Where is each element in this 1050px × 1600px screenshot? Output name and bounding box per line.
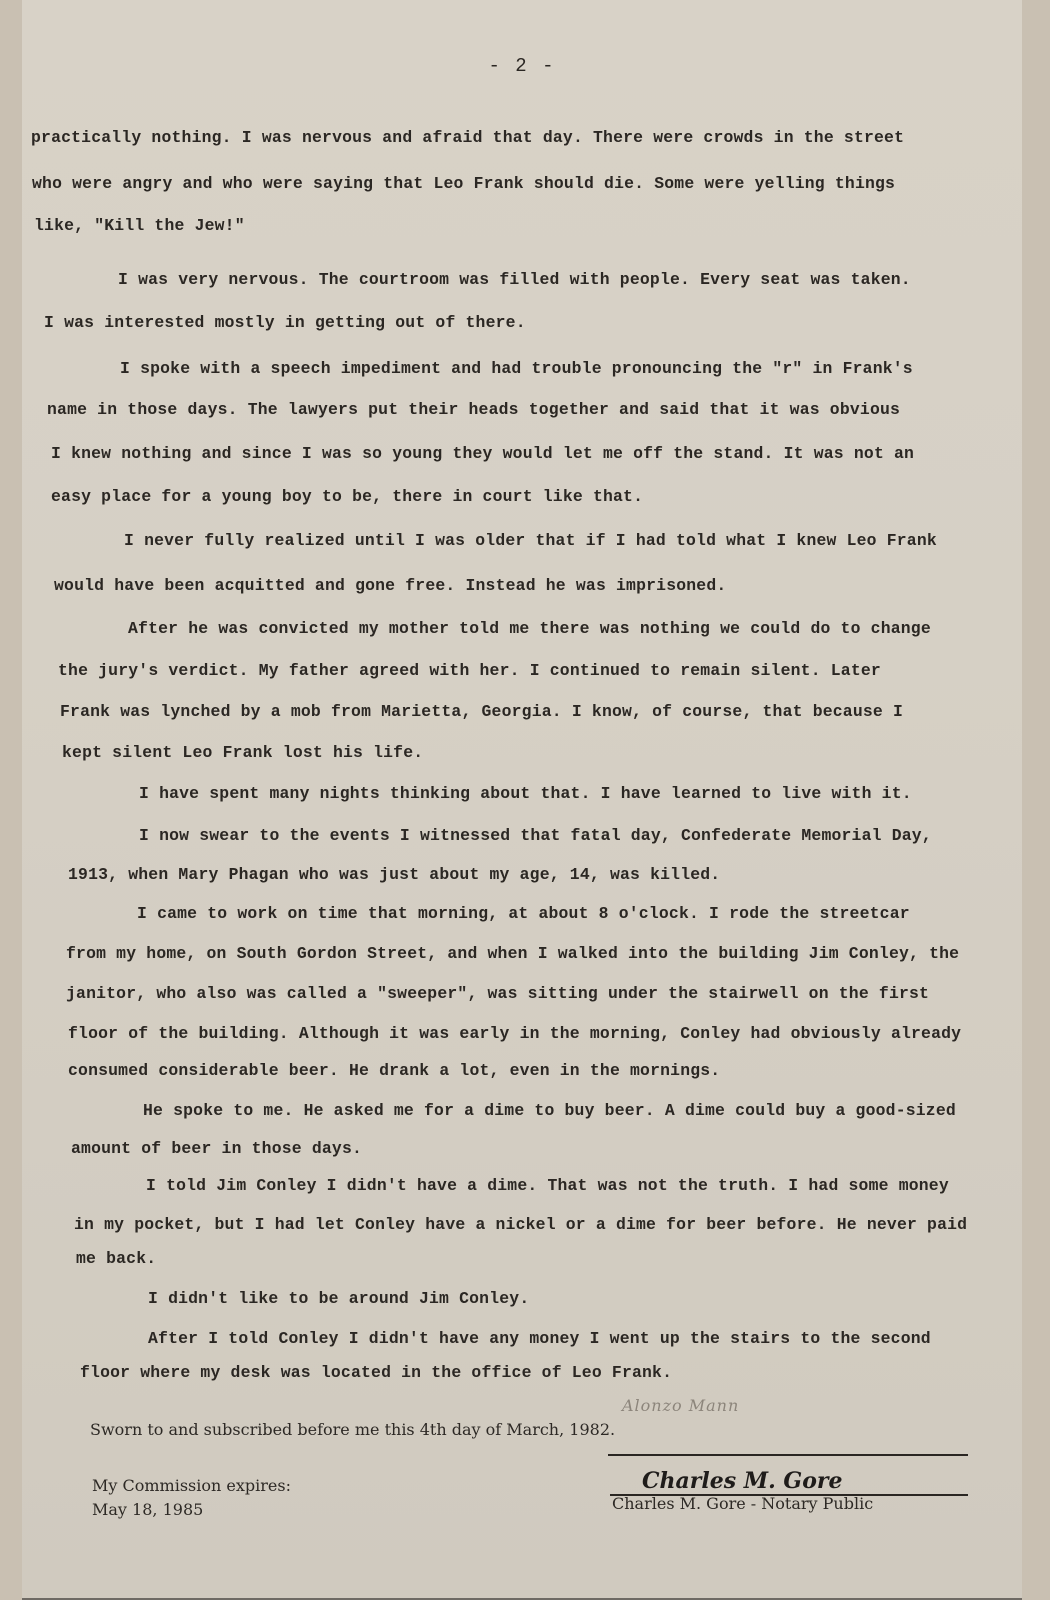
text-line: kept silent Leo Frank lost his life. [62,743,423,762]
text-line: I spoke with a speech impediment and had… [120,359,913,378]
text-line: I didn't like to be around Jim Conley. [148,1289,529,1308]
text-line: I never fully realized until I was older… [124,531,937,550]
text-line: Frank was lynched by a mob from Marietta… [60,702,903,721]
sworn-statement: Sworn to and subscribed before me this 4… [90,1420,615,1439]
text-line: name in those days. The lawyers put thei… [47,400,900,419]
text-line: amount of beer in those days. [71,1139,362,1158]
text-line: floor of the building. Although it was e… [68,1024,961,1043]
text-line: I told Jim Conley I didn't have a dime. … [146,1176,949,1195]
text-line: I knew nothing and since I was so young … [51,444,914,463]
text-line: I now swear to the events I witnessed th… [139,826,932,845]
affiant-signature-line [608,1454,968,1456]
text-line: 1913, when Mary Phagan who was just abou… [68,865,720,884]
text-line: I was interested mostly in getting out o… [44,313,526,332]
text-line: I was very nervous. The courtroom was fi… [118,270,911,289]
text-line: practically nothing. I was nervous and a… [31,128,904,147]
text-line: floor where my desk was located in the o… [80,1363,672,1382]
commission-label: My Commission expires: [92,1476,291,1495]
text-line: easy place for a young boy to be, there … [51,487,643,506]
affiant-signature: Alonzo Mann [622,1396,739,1415]
text-line: I came to work on time that morning, at … [137,904,910,923]
notary-signature: Charles M. Gore [642,1468,842,1494]
text-line: After I told Conley I didn't have any mo… [148,1329,931,1348]
text-line: like, "Kill the Jew!" [34,216,245,235]
text-line: I have spent many nights thinking about … [139,784,912,803]
text-line: me back. [76,1249,156,1268]
text-line: would have been acquitted and gone free.… [54,576,726,595]
commission-date: May 18, 1985 [92,1500,203,1519]
text-line: in my pocket, but I had let Conley have … [74,1215,967,1234]
text-line: the jury's verdict. My father agreed wit… [58,661,881,680]
text-line: He spoke to me. He asked me for a dime t… [143,1101,956,1120]
document-page: - 2 - practically nothing. I was nervous… [22,0,1022,1600]
notary-caption: Charles M. Gore - Notary Public [612,1494,873,1513]
text-line: from my home, on South Gordon Street, an… [66,944,959,963]
page-number: - 2 - [22,55,1022,77]
text-line: who were angry and who were saying that … [32,174,895,193]
text-line: consumed considerable beer. He drank a l… [68,1061,720,1080]
text-line: janitor, who also was called a "sweeper"… [66,984,929,1003]
text-line: After he was convicted my mother told me… [128,619,931,638]
